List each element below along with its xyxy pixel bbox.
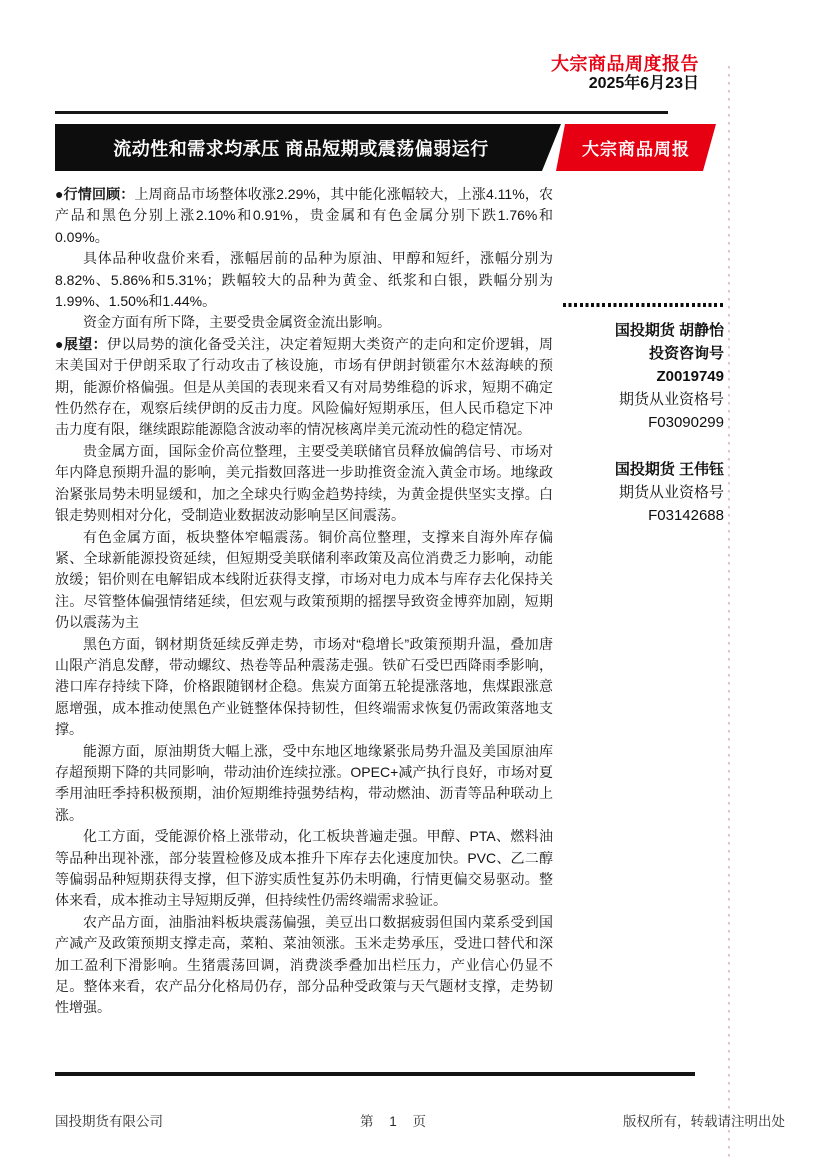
paragraph-chemicals: 化工方面，受能源价格上涨带动，化工板块普遍走强。甲醇、PTA、燃料油等品种出现补… xyxy=(55,826,553,912)
report-title: 流动性和需求均承压 商品短期或震荡偏弱运行 xyxy=(113,135,503,161)
page-footer: 国投期货有限公司 第 1 页 版权所有，转载请注明出处 xyxy=(55,1110,785,1130)
footer-company: 国投期货有限公司 xyxy=(55,1110,163,1130)
section-label-outlook: ●展望： xyxy=(55,336,107,352)
paragraph-base-metals: 有色金属方面，板块整体窄幅震荡。铜价高位整理，支撑来自海外库存偏紧、全球新能源投… xyxy=(55,527,553,634)
advisory-number-label: 投资咨询号 xyxy=(553,342,724,365)
paragraph-top-movers: 具体品种收盘价来看，涨幅居前的品种为原油、甲醇和短纤，涨幅分别为8.82%、5.… xyxy=(55,248,553,312)
header-meta: 大宗商品周度报告 2025年6月23日 xyxy=(551,54,699,93)
paragraph-text: 有色金属方面，板块整体窄幅震荡。铜价高位整理，支撑来自海外库存偏紧、全球新能源投… xyxy=(55,529,553,631)
paragraph-agriculture: 农产品方面，油脂油料板块震荡偏强，美豆出口数据疲弱但国内菜系受到国产减产及政策预… xyxy=(55,912,553,1019)
license-number: F03090299 xyxy=(553,411,724,434)
analyst-block-1: 国投期货 胡静怡 投资咨询号 Z0019749 期货从业资格号 F0309029… xyxy=(553,319,724,434)
paragraph-energy: 能源方面，原油期货大幅上涨，受中东地区地缘紧张局势升温及美国原油库存超预期下降的… xyxy=(55,741,553,827)
paragraph-text: 贵金属方面，国际金价高位整理，主要受美联储官员释放偏鸽信号、市场对年内降息预期升… xyxy=(55,443,553,523)
report-series-badge-label: 大宗商品周报 xyxy=(582,135,690,160)
footer-copyright: 版权所有，转载请注明出处 xyxy=(623,1110,785,1130)
paragraph-funds: 资金方面有所下降，主要受贵金属资金流出影响。 xyxy=(55,312,553,333)
paragraph-text: 化工方面，受能源价格上涨带动，化工板块普遍走强。甲醇、PTA、燃料油等品种出现补… xyxy=(55,828,553,908)
footer-page-number: 第 1 页 xyxy=(360,1110,426,1130)
paragraph-text: 黑色方面，钢材期货延续反弹走势，市场对“稳增长”政策预期升温，叠加唐山限产消息发… xyxy=(55,636,553,738)
analyst-name: 国投期货 胡静怡 xyxy=(553,319,724,342)
report-type-label: 大宗商品周度报告 xyxy=(551,54,699,75)
report-page: 大宗商品周度报告 2025年6月23日 流动性和需求均承压 商品短期或震荡偏弱运… xyxy=(0,0,826,1169)
license-number-label: 期货从业资格号 xyxy=(553,481,724,504)
paragraph-outlook: ●展望：伊以局势的演化备受关注，决定着短期大类资产的走向和定价逻辑，周末美国对于… xyxy=(55,334,553,441)
page-fold-dotted-line xyxy=(728,66,730,1162)
paragraph-market-review: ●行情回顾：上周商品市场整体收涨2.29%，其中能化涨幅较大，上涨4.11%，农… xyxy=(55,184,553,248)
analyst-name: 国投期货 王伟钰 xyxy=(553,458,724,481)
report-title-banner: 流动性和需求均承压 商品短期或震荡偏弱运行 xyxy=(55,124,561,171)
paragraph-text: 能源方面，原油期货大幅上涨，受中东地区地缘紧张局势升温及美国原油库存超预期下降的… xyxy=(55,743,553,823)
paragraph-text: 农产品方面，油脂油料板块震荡偏强，美豆出口数据疲弱但国内菜系受到国产减产及政策预… xyxy=(55,914,553,1016)
license-number: F03142688 xyxy=(553,504,724,527)
paragraph-text: 具体品种收盘价来看，涨幅居前的品种为原油、甲醇和短纤，涨幅分别为8.82%、5.… xyxy=(55,250,553,309)
sidebar-spacer xyxy=(553,434,724,458)
footer-rule xyxy=(55,1072,695,1076)
section-label-review: ●行情回顾： xyxy=(55,186,134,202)
sidebar-dotted-separator xyxy=(563,303,724,307)
analyst-block-2: 国投期货 王伟钰 期货从业资格号 F03142688 xyxy=(553,458,724,527)
license-number-label: 期货从业资格号 xyxy=(553,388,724,411)
header-rule xyxy=(55,111,668,114)
paragraph-text: 资金方面有所下降，主要受贵金属资金流出影响。 xyxy=(83,314,391,330)
report-date: 2025年6月23日 xyxy=(551,75,699,93)
paragraph-text: 伊以局势的演化备受关注，决定着短期大类资产的走向和定价逻辑，周末美国对于伊朗采取… xyxy=(55,336,553,438)
paragraph-precious-metals: 贵金属方面，国际金价高位整理，主要受美联储官员释放偏鸽信号、市场对年内降息预期升… xyxy=(55,441,553,527)
analyst-sidebar: 国投期货 胡静怡 投资咨询号 Z0019749 期货从业资格号 F0309029… xyxy=(553,303,724,527)
report-series-badge: 大宗商品周报 xyxy=(556,124,716,171)
report-body: ●行情回顾：上周商品市场整体收涨2.29%，其中能化涨幅较大，上涨4.11%，农… xyxy=(55,184,553,1019)
paragraph-ferrous: 黑色方面，钢材期货延续反弹走势，市场对“稳增长”政策预期升温，叠加唐山限产消息发… xyxy=(55,634,553,741)
advisory-number: Z0019749 xyxy=(553,365,724,388)
